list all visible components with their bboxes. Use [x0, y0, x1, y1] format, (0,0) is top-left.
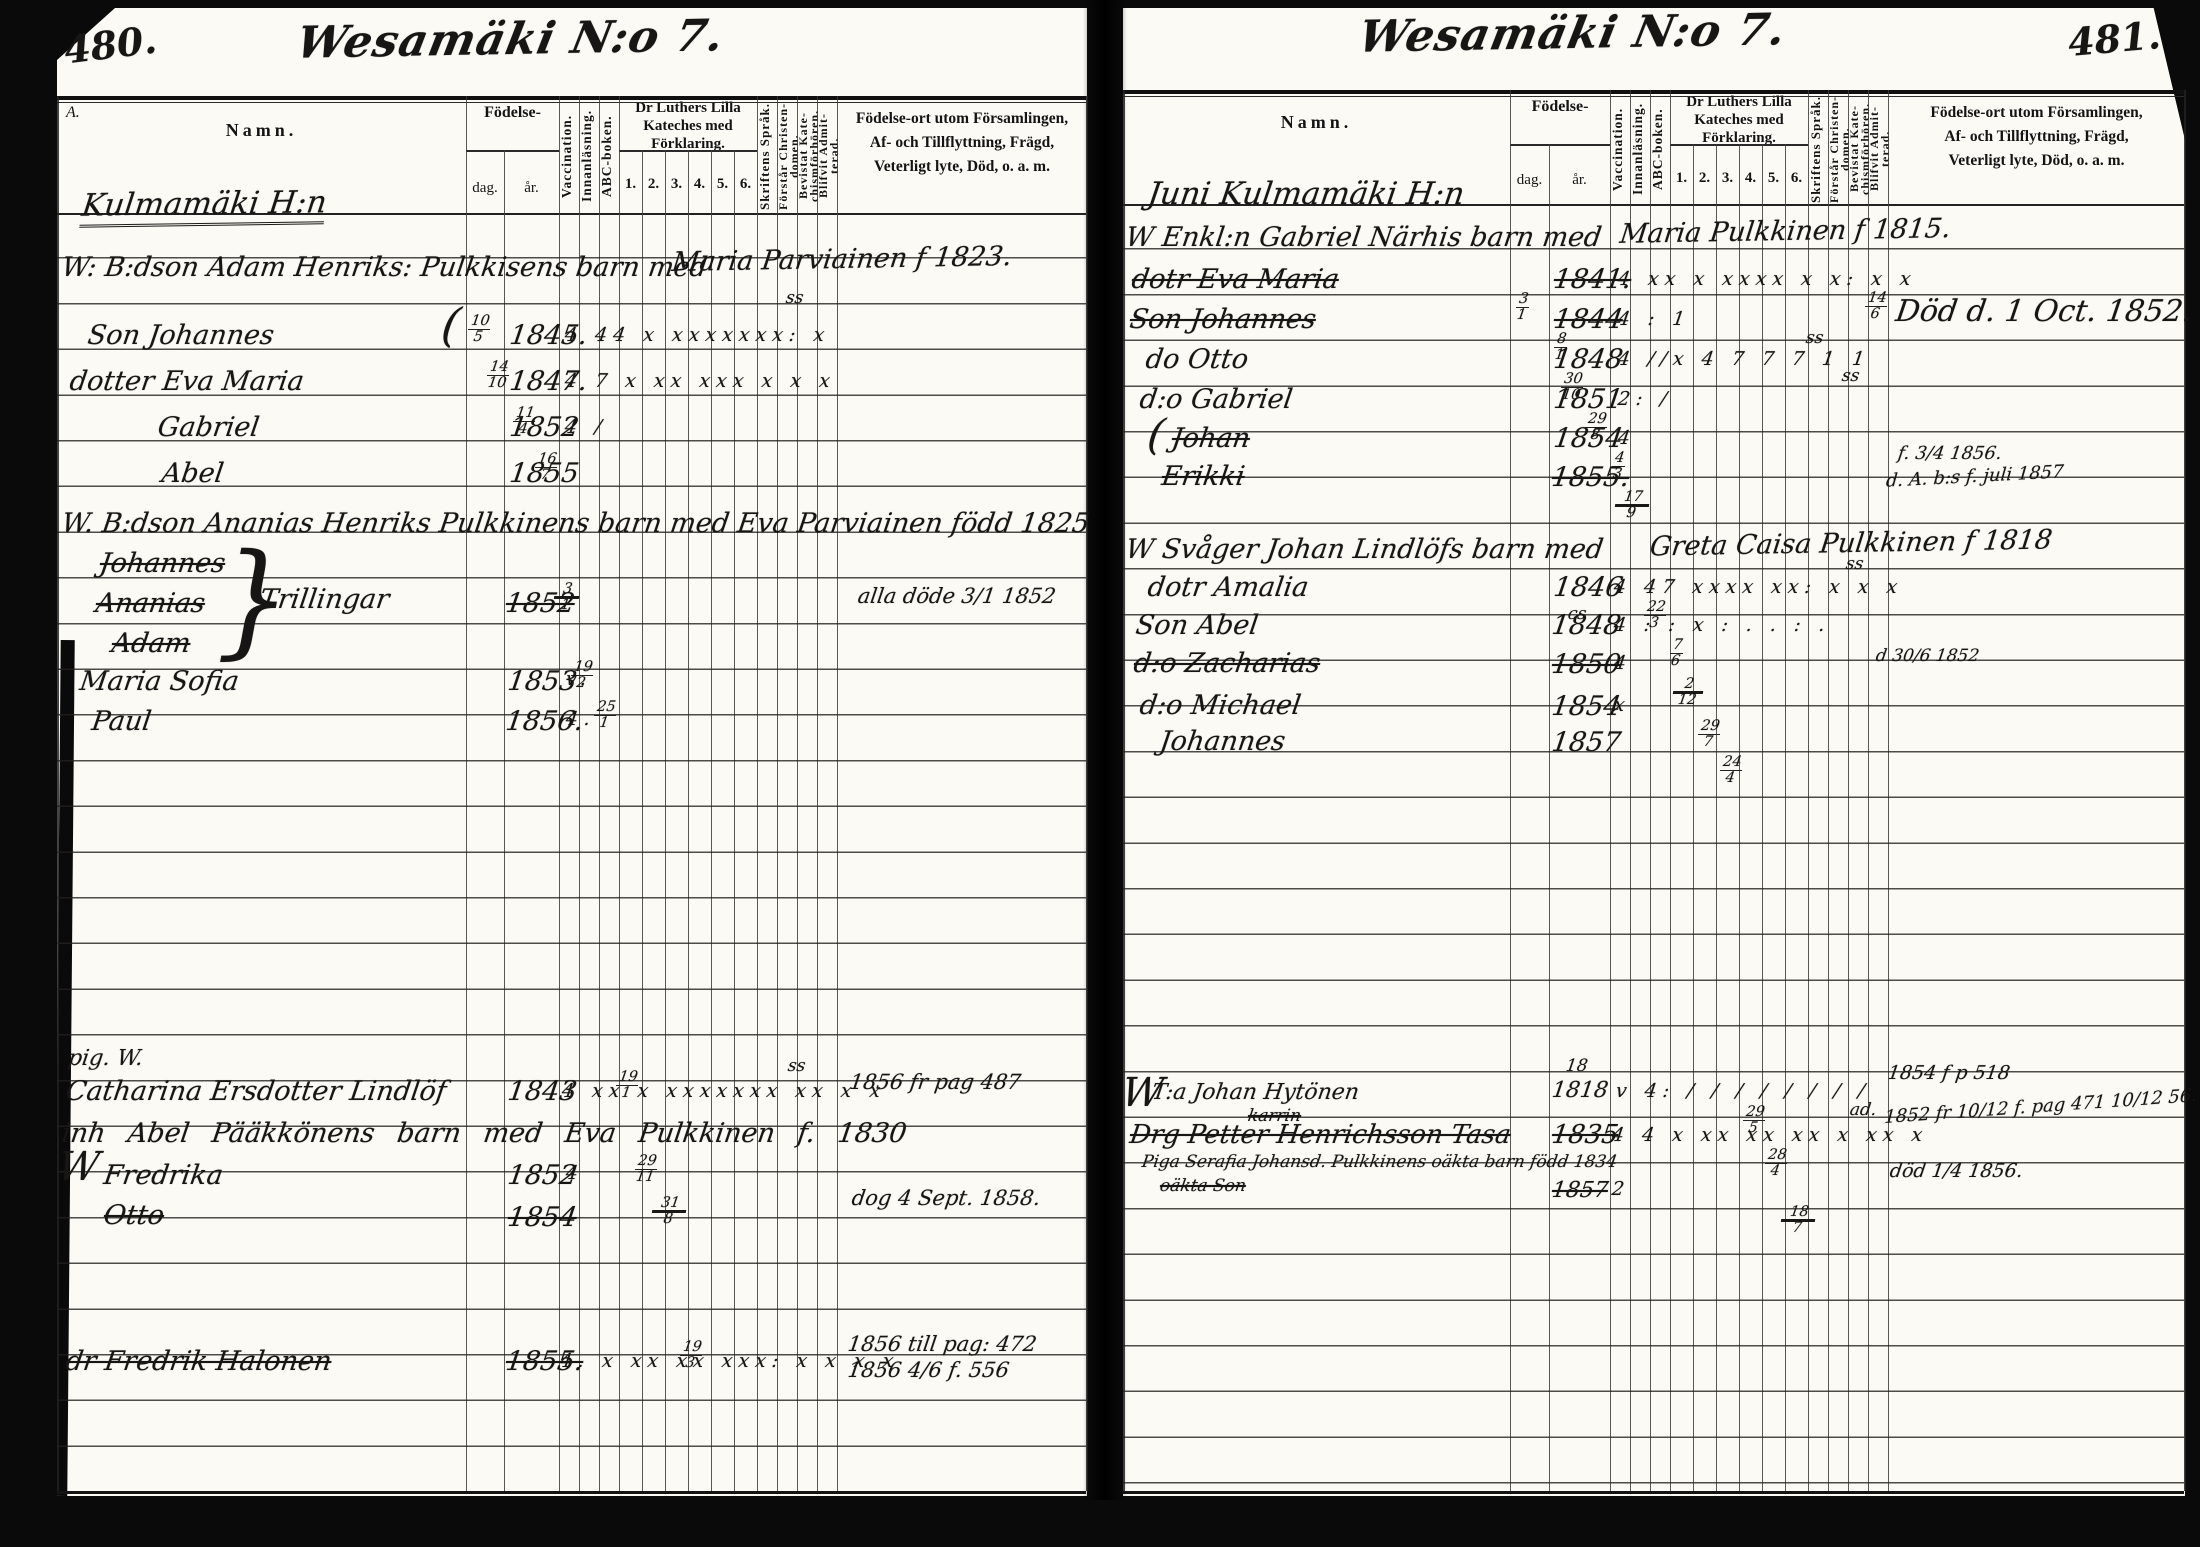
margin-note: Död d. 1 Oct. 1852. — [1894, 294, 2195, 329]
child-name: Johan — [1170, 423, 1252, 454]
grid-line — [1510, 144, 1610, 146]
child-name: Abel — [160, 458, 226, 489]
child-name: Son Johannes — [86, 320, 276, 351]
child-name: Erikki — [1160, 461, 1247, 492]
col-header-dag: dag. — [1510, 172, 1549, 189]
grid-line — [57, 1491, 1086, 1494]
birth-day: 244 — [1718, 755, 1745, 786]
record-marks: 4 7 x xx xxx x x x — [563, 370, 866, 392]
record-marks: 4 — [564, 1162, 585, 1184]
person-name: Drg Petter Henrichsson Tasa — [1128, 1120, 1513, 1150]
kateches-subcol-6: 6. — [734, 176, 757, 193]
grid-line — [1123, 1491, 2184, 1494]
annotation: Piga Serafia Johansd. Pulkkinens oäkta b… — [1141, 1152, 1619, 1172]
ink-mark: 18 — [1565, 1056, 1589, 1076]
record-marks: 4 : : x : . . : . — [1612, 614, 1865, 636]
birth-year: 1855. — [1550, 462, 1632, 493]
section-header: Kulmamäki H:n — [79, 184, 329, 227]
record-marks: x — [1612, 694, 1632, 716]
person-name: T:a Johan Hytönen — [1150, 1080, 1360, 1105]
birth-year: 1855 — [508, 458, 581, 489]
child-name: dotr Amalia — [1146, 572, 1311, 603]
col-header-notes-3: Veterligt lyte, Död, o. a. m. — [837, 158, 1087, 176]
kateches-subcol-5: 5. — [711, 176, 734, 193]
person-name: dr Fredrik Halonen — [64, 1346, 334, 1377]
section-header: Juni Kulmamäki H:n — [1145, 176, 1466, 212]
col-header-notes-2: Af- och Tillflyttning, Frägd, — [837, 134, 1087, 152]
record-marks: 4 44 x xxxxxxx: x — [563, 324, 866, 346]
ink-mark: ss — [1845, 554, 1865, 574]
child-name: Son Abel — [1134, 610, 1260, 641]
record-marks: 4 / — [563, 416, 609, 438]
kateches-subcol-3: 3. — [1716, 170, 1739, 187]
page-title-left: Wesamäki N:o 7. — [292, 10, 729, 68]
record-marks: 4. — [564, 708, 597, 730]
child-name: Otto — [102, 1200, 166, 1231]
scan-edge-left — [0, 0, 57, 1547]
ink-mark: ss — [1841, 366, 1861, 386]
kateches-subcol-3: 3. — [665, 176, 688, 193]
child-name: Johannes — [1158, 726, 1288, 757]
record-marks: 4 xx x xxxx x x: x x — [1616, 268, 1889, 290]
birth-year: 1844 — [1552, 304, 1625, 335]
kateches-subcol-2: 2. — [1693, 170, 1716, 187]
child-name: Gabriel — [156, 412, 261, 443]
margin-note: 1856 fr pag 487 — [848, 1070, 1022, 1094]
col-header-innanlasning: Innanläsning. — [1630, 94, 1650, 204]
record-marks: 4 : 1 — [1616, 308, 1692, 330]
book-gutter — [1083, 0, 1127, 1500]
birth-year: 1854 — [1550, 691, 1623, 722]
col-header-fodelse: Födelse- — [1510, 98, 1610, 116]
child-name: Son Johannes — [1128, 304, 1318, 335]
col-header-namn: Namn. — [57, 120, 466, 141]
col-header-vaccination: Vaccination. — [1610, 94, 1630, 204]
record-marks: 2: / — [1616, 388, 1674, 410]
col-header-notes-1: Födelse-ort utom Församlingen, — [1888, 104, 2185, 122]
grid-line — [57, 96, 1086, 100]
child-name: d:o Michael — [1138, 690, 1303, 721]
birth-day: 284 — [1763, 1148, 1790, 1179]
birth-day: 318 — [656, 1196, 683, 1227]
record-marks: v. — [564, 668, 594, 690]
family-header: Maria Parviainen f 1823. — [670, 241, 1014, 278]
child-name: do Otto — [1144, 344, 1251, 375]
ruled-rows — [57, 213, 1086, 1491]
col-header-ar: år. — [504, 180, 559, 197]
birth-day: 105 — [466, 314, 493, 345]
scanned-register-spread: 480. Wesamäki N:o 7. Wesamäki N:o 7. 481… — [0, 0, 2200, 1547]
col-header-innanlasning: Innanläsning. — [579, 100, 599, 212]
birth-year: 1857 — [1550, 1178, 1610, 1203]
grid-line — [1123, 96, 2184, 97]
col-header-kateches-2: Kateches med — [1670, 112, 1808, 129]
ink-mark: ss — [785, 288, 805, 308]
record-marks: 2 — [1610, 1178, 1631, 1200]
family-header: inh Abel Pääkkönens barn med Eva Pulkkin… — [60, 1118, 909, 1149]
birth-year: 1818 — [1550, 1078, 1610, 1103]
family-header: W Enkl:n Gabriel Närhis barn med — [1124, 222, 1604, 253]
child-name: oäkta Son — [1159, 1176, 1248, 1196]
col-header-kateches-2: Kateches med — [619, 118, 757, 135]
birth-year: 1850 — [1550, 649, 1623, 680]
col-header-abc-boken: ABC-boken. — [599, 100, 619, 212]
col-header-abc-boken: ABC-boken. — [1650, 94, 1670, 204]
person-name: Catharina Ersdotter Lindlöf — [64, 1076, 448, 1107]
birth-year: 1854 — [1552, 423, 1625, 454]
child-name: Johannes — [98, 548, 228, 579]
child-name: Adam — [110, 628, 193, 659]
child-name: Ananias — [94, 588, 207, 619]
margin-note: d 30/6 1852 — [1875, 646, 1981, 666]
record-marks: 4 4 x xx xx xx x xx x — [1610, 1124, 1913, 1146]
birth-year: 1854 — [506, 1202, 579, 1233]
col-header-fodelse: Födelse- — [466, 104, 559, 122]
ink-mark: ss — [1805, 328, 1825, 348]
margin-note: 1854 f p 518 — [1886, 1062, 2011, 1084]
child-name: d:o Zacharias — [1132, 648, 1323, 679]
grid-line — [57, 102, 1086, 103]
margin-note: f. 3/4 1856. — [1897, 443, 2004, 464]
col-header-notes-3: Veterligt lyte, Död, o. a. m. — [1888, 152, 2185, 170]
family-header: W. B:dson Ananias Henriks Pulkkinens bar… — [60, 508, 1092, 539]
grid-line — [466, 150, 559, 152]
col-header-dag: dag. — [466, 180, 504, 197]
record-marks: 4 — [1616, 427, 1637, 449]
birth-year: 1848 — [1552, 344, 1625, 375]
col-header-namn: Namn. — [1123, 112, 1510, 133]
col-header-vaccination: Vaccination. — [559, 100, 579, 212]
grid-line — [1086, 96, 1088, 1491]
birth-year: 1852 — [504, 588, 577, 619]
col-header-notes-2: Af- och Tillflyttning, Frägd, — [1888, 128, 2185, 146]
annotation: Trillingar — [258, 584, 391, 615]
record-marks: 4. x xx xx xxx: x x x x — [558, 1350, 861, 1372]
child-name: Paul — [90, 706, 153, 737]
child-name: dotr Eva Maria — [1130, 264, 1341, 295]
birth-year: 1851 — [1552, 384, 1625, 415]
col-header-skriftens-sprak: Skriftens Språk. — [1808, 94, 1828, 204]
page-title-right: Wesamäki N:o 7. — [1354, 4, 1791, 62]
kateches-subcol-4: 4. — [688, 176, 711, 193]
page-number-right: 481. — [2066, 12, 2162, 65]
family-header: W: B:dson Adam Henriks: Pulkkisens barn … — [60, 252, 709, 283]
record-marks: 4 — [1612, 652, 1633, 674]
kateches-subcol-2: 2. — [642, 176, 665, 193]
birth-day: 297 — [1695, 719, 1722, 750]
kateches-subcol-6: 6. — [1785, 170, 1808, 187]
scan-edge-right — [2185, 0, 2200, 1547]
birth-year: 1848 — [1550, 610, 1623, 641]
ink-mark: ss — [787, 1056, 807, 1076]
kateches-subcol-1: 1. — [1670, 170, 1693, 187]
margin-note: dog 4 Sept. 1858. — [850, 1186, 1042, 1210]
scan-edge-bottom — [0, 1496, 2200, 1547]
col-header-notes-1: Födelse-ort utom Församlingen, — [837, 110, 1087, 128]
child-name: Fredrika — [102, 1160, 225, 1191]
col-header-skriftens-sprak: Skriftens Språk. — [757, 100, 777, 212]
margin-note: alla döde 3/1 1852 — [856, 584, 1057, 608]
child-name: dotter Eva Maria — [68, 366, 306, 397]
margin-note: pig. W. — [66, 1046, 144, 1071]
birth-year: 1857 — [1550, 727, 1623, 758]
margin-note: 1856 4/6 f. 556 — [846, 1358, 1010, 1382]
family-header: W Svåger Johan Lindlöfs barn med — [1124, 534, 1606, 565]
child-name: Maria Sofia — [78, 666, 241, 697]
kateches-subcol-5: 5. — [1762, 170, 1785, 187]
col-header-ar: år. — [1549, 172, 1610, 189]
family-header: Maria Pulkkinen f 1815. — [1618, 213, 1952, 250]
margin-note: ad. — [1849, 1100, 1878, 1120]
margin-note: död 1/4 1856. — [1888, 1160, 2024, 1182]
birth-day: 179 — [1619, 490, 1646, 521]
record-marks: 4 47 xxxx xx: x x x — [1612, 576, 1885, 598]
margin-mark: W — [55, 1144, 103, 1190]
grid-line — [1123, 90, 2184, 94]
kateches-subcol-1: 1. — [619, 176, 642, 193]
kateches-subcol-4: 4. — [1739, 170, 1762, 187]
record-marks: 4 xx x xxxxxxx xx x x — [560, 1080, 863, 1102]
margin-note: 1856 till pag: 472 — [846, 1332, 1038, 1356]
